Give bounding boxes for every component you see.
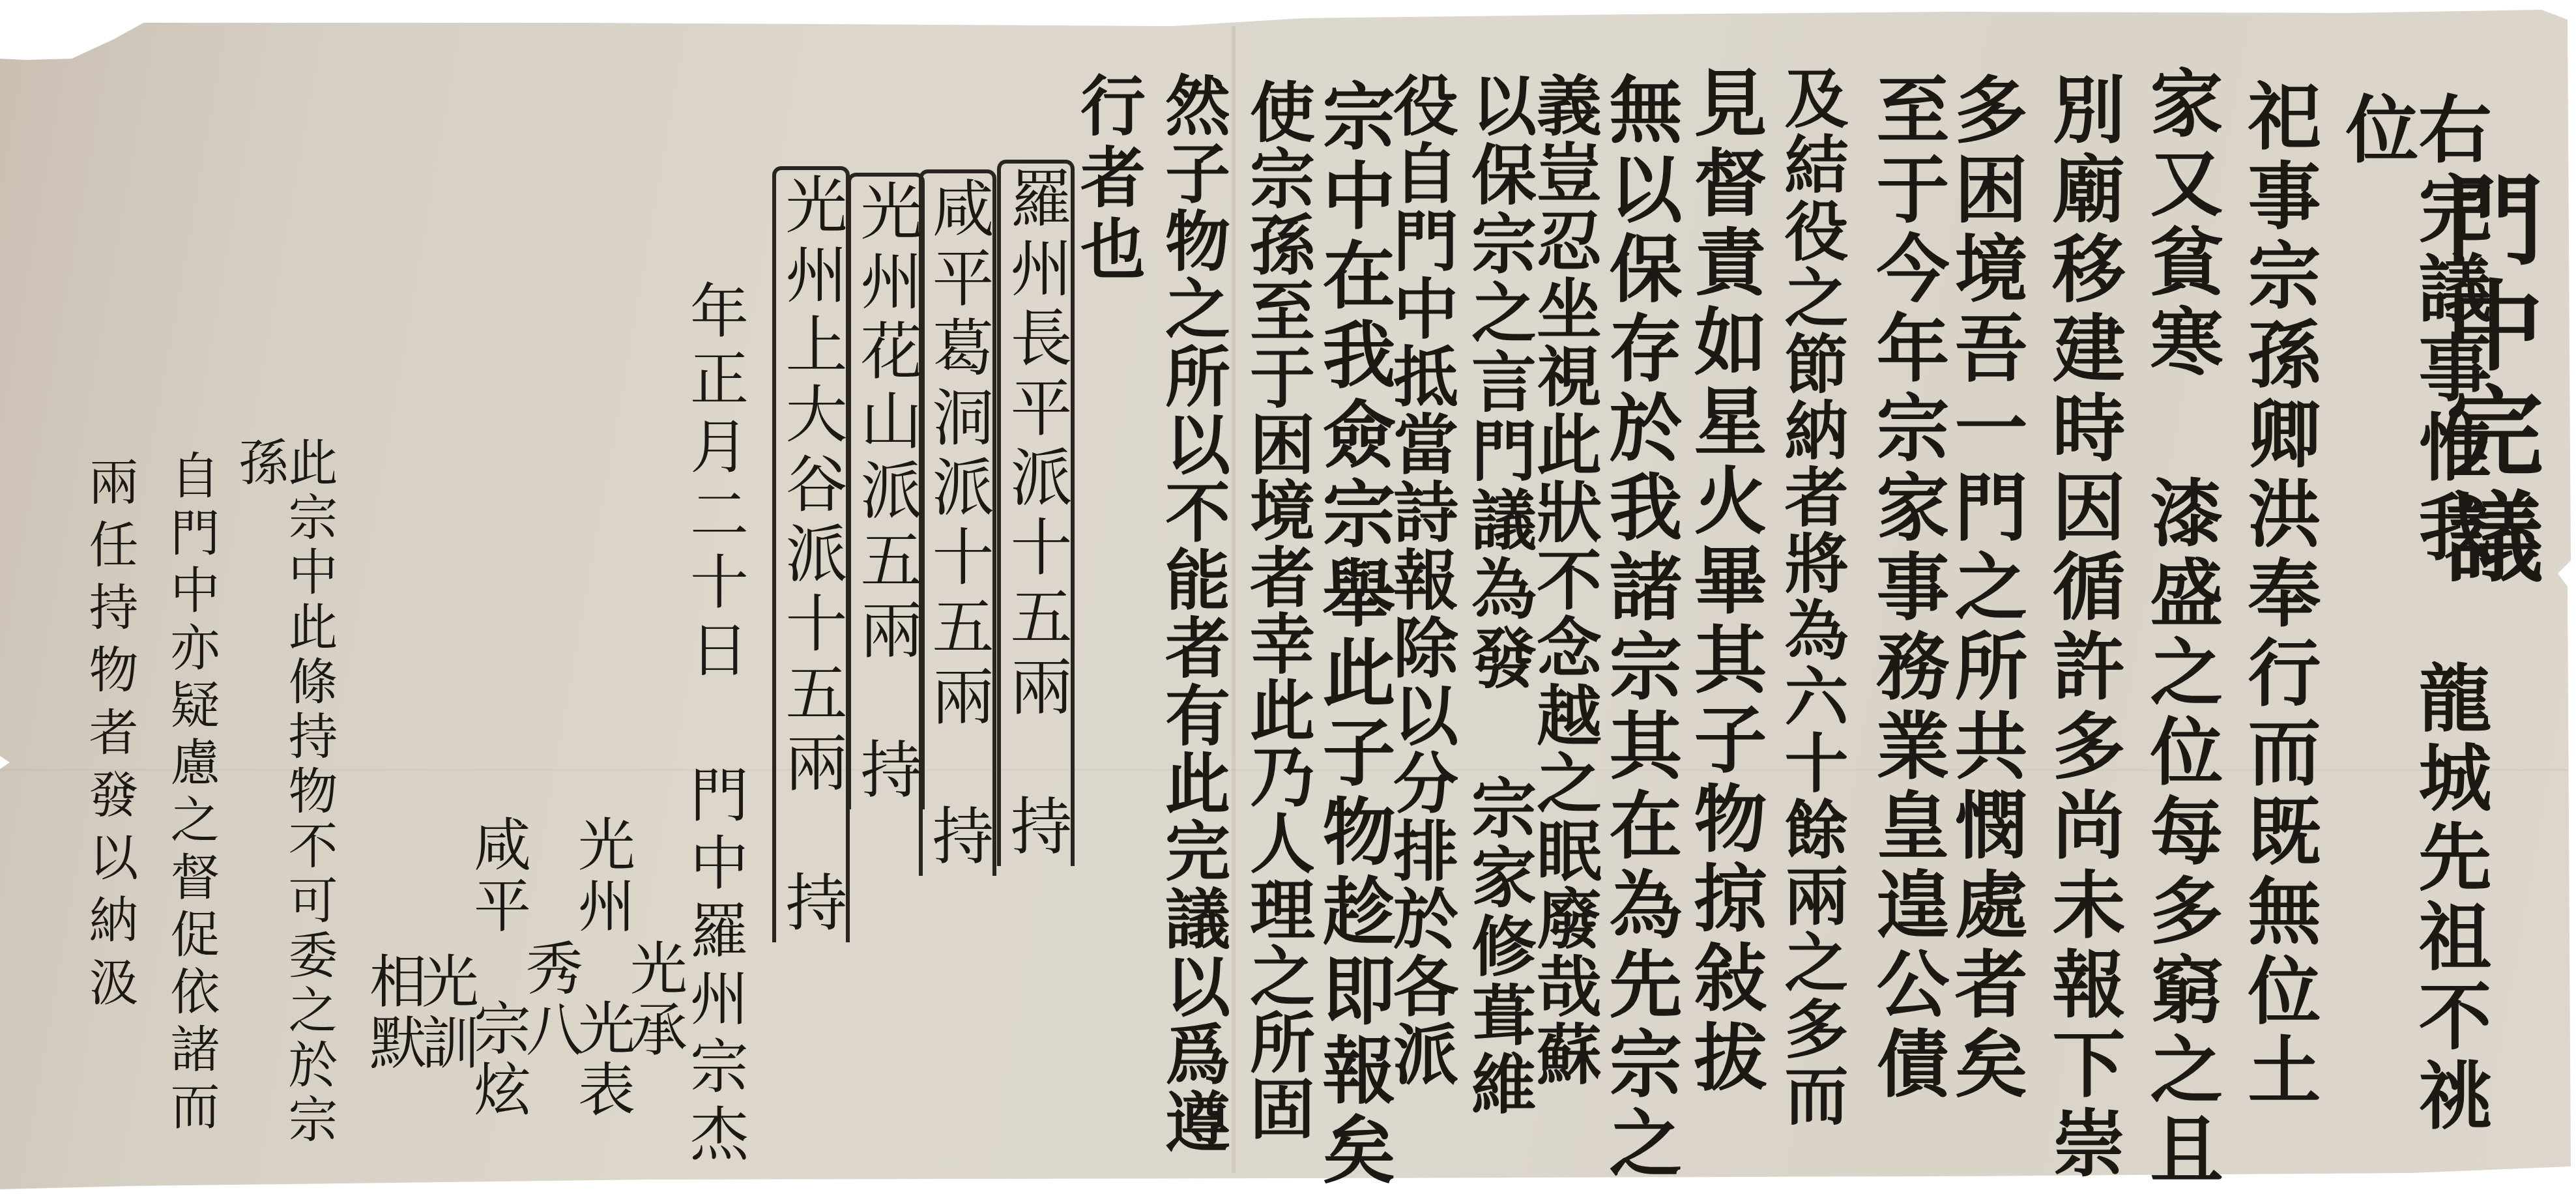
contribution-amount: 十五兩 (775, 591, 847, 800)
body-column: 使宗孫至于困境者幸此乃人理之所固 (1245, 78, 1310, 1142)
contribution-branch: 咸平葛洞派 (922, 176, 994, 525)
contribution-branch: 羅州長平派 (1000, 166, 1072, 515)
date-line: 年正月二十日 門中羅州宗杰 (684, 280, 743, 1171)
contribution-amount: 五兩 (850, 528, 922, 667)
fold-crease (1232, 26, 1236, 1173)
contribution-entry: 羅州長平派十五兩 持 (997, 160, 1075, 866)
contribution-branch: 光州上大谷派 (775, 173, 847, 591)
body-column: 祀事宗孫卿洪奉行而既無位土 (2242, 78, 2315, 1112)
signatory: 相默 (365, 951, 422, 1074)
postscript-column: 自門中亦疑慮之督促依諸而 (166, 450, 216, 1138)
body-column: 家又貧寒 漆盛之位每多窮之且 (2144, 65, 2217, 1191)
contribution-entry: 光州上大谷派十五兩 持 (772, 166, 850, 942)
body-column: 別廟移建時因循許多尚未報下崇 (2046, 72, 2119, 1185)
signatory-region: 光州 (569, 815, 636, 937)
body-column: 以保宗之言門議為發 宗家修葺維 (1466, 72, 1531, 1120)
body-column: 多困境吾一門之所共憫處者矣 (1948, 72, 2021, 1105)
body-column: 右完議事惟我 龍城先祖不祧位 (2339, 91, 2485, 1201)
body-column: 至于今年宗家事務業皇遑公債 (1870, 72, 1943, 1105)
body-column: 行者也 (1075, 72, 1140, 287)
contribution-mark: 持 (775, 870, 847, 940)
contribution-entry: 光州花山派五兩 持 (847, 173, 925, 809)
contribution-amount: 十五兩 (1000, 515, 1072, 724)
postscript-column: 此宗中此條持物不可委之於宗孫 (235, 437, 334, 1201)
body-column: 無以保存於我諸宗其在為先宗之 (1603, 72, 1676, 1185)
postscript-column: 兩任持物者發以納汲 (85, 456, 134, 1019)
contribution-entry: 咸平葛洞派十五兩 持 (919, 169, 996, 876)
body-column: 宗中在我僉宗舉此子物趁即報矣 (1316, 78, 1389, 1191)
body-column: 及結役之節納者將為六十餘兩之多而 (1779, 65, 1843, 1129)
body-column: 見督責如星火畢其子物掠敍拔 (1688, 65, 1761, 1099)
body-column: 役自門中抵當詩報除以分排於各派 (1388, 72, 1453, 1088)
contribution-mark: 持 (850, 737, 922, 807)
contribution-amount: 十五兩 (922, 525, 994, 734)
signatory-region: 咸平 (465, 815, 532, 937)
body-column: 然子物之所以不能者有此完議以爲遵 (1160, 72, 1225, 1156)
contribution-branch: 光州花山派 (850, 179, 922, 528)
contribution-mark: 持 (1000, 794, 1072, 863)
signatory-name: 相默 (360, 951, 427, 1074)
body-column: 義豈忍坐視此狀不念越之眠廢哉蘇 (1531, 72, 1597, 1088)
contribution-mark: 持 (922, 803, 994, 873)
